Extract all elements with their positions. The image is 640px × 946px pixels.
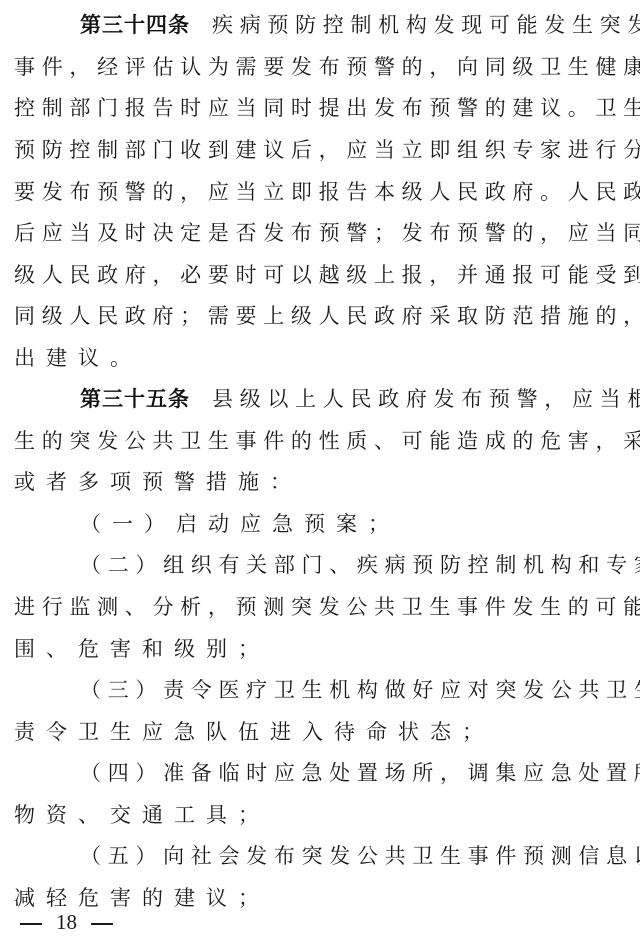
article-34-line-2: 事 件 ， 经 评 估 认 为 需 要 发 布 预 警 的 ， 向 同 级 卫 … (14, 50, 626, 84)
item-3-line-2: 责令卫生应急队伍进入待命状态； (14, 715, 626, 749)
item-4-line-2: 物资、交通工具； (14, 798, 626, 832)
article-35-line-2: 生 的 突 发 公 共 卫 生 事 件 的 性 质 、 可 能 造 成 的 危 … (14, 424, 626, 458)
article-35-heading: 第三十五条 (80, 387, 190, 411)
item-3-line-1: （ 三 ） 责 令 医 疗 卫 生 机 构 做 好 应 对 突 发 公 共 卫 … (14, 673, 626, 707)
item-1-line-1: （一）启动应急预案； (14, 507, 626, 541)
page-number-footer: 18 (20, 905, 113, 939)
document-page: 第三十四条疾 病 预 防 控 制 机 构 发 现 可 能 发 生 突 发 公 共… (0, 0, 640, 946)
dash-left (20, 923, 42, 925)
article-35-line-1: 第三十五条县 级 以 上 人 民 政 府 发 布 预 警 ， 应 当 根 据 可… (14, 382, 626, 416)
page-number: 18 (56, 910, 77, 934)
article-34-line-8: 同 级 人 民 政 府 ； 需 要 上 级 人 民 政 府 采 取 防 范 措 … (14, 299, 626, 333)
article-34-line-1: 第三十四条疾 病 预 防 控 制 机 构 发 现 可 能 发 生 突 发 公 共… (14, 8, 626, 42)
dash-right (91, 923, 113, 925)
article-35-line-3: 或者多项预警措施： (14, 465, 626, 499)
article-34-heading: 第三十四条 (80, 13, 190, 37)
article-34-line-4: 预 防 控 制 部 门 收 到 建 议 后 ， 应 当 立 即 组 织 专 家 … (14, 133, 626, 167)
item-2-line-1: （ 二 ） 组 织 有 关 部 门 、 疾 病 预 防 控 制 机 构 和 专 … (14, 548, 626, 582)
item-5-line-1: （ 五 ） 向 社 会 发 布 突 发 公 共 卫 生 事 件 预 测 信 息 … (14, 839, 626, 873)
item-2-line-3: 围、危害和级别； (14, 632, 626, 666)
article-34-line-5: 要 发 布 预 警 的 ， 应 当 立 即 报 告 本 级 人 民 政 府 。 … (14, 175, 626, 209)
article-34-line-6: 后 应 当 及 时 决 定 是 否 发 布 预 警 ； 发 布 预 警 的 ， … (14, 216, 626, 250)
article-34-line-3: 控 制 部 门 报 告 时 应 当 同 时 提 出 发 布 预 警 的 建 议 … (14, 91, 626, 125)
item-2-line-2: 进 行 监 测 、 分 析 ， 预 测 突 发 公 共 卫 生 事 件 发 生 … (14, 590, 626, 624)
item-4-line-1: （ 四 ） 准 备 临 时 应 急 处 置 场 所 ， 调 集 应 急 处 置 … (14, 756, 626, 790)
article-34-line-9: 出建议。 (14, 341, 626, 375)
article-34-line-7: 级 人 民 政 府 ， 必 要 时 可 以 越 级 上 报 ， 并 通 报 可 … (14, 258, 626, 292)
